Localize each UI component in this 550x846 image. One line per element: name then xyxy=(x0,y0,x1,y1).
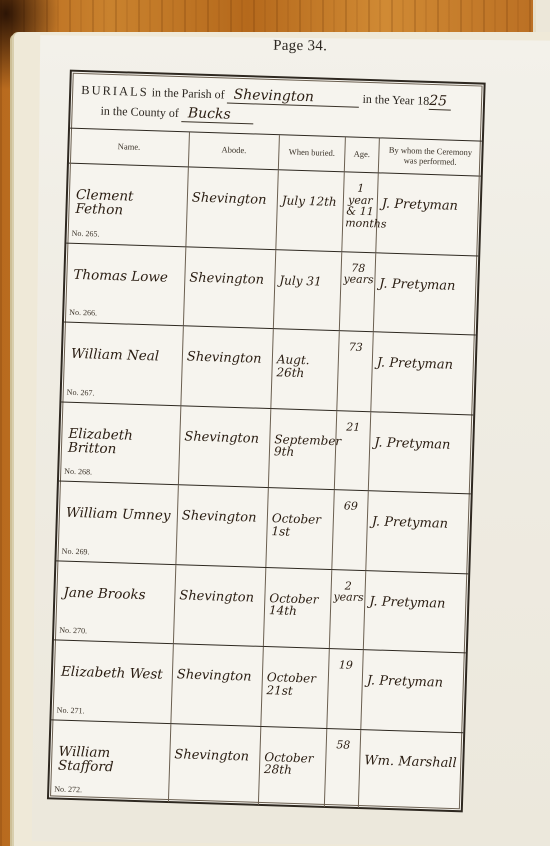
year-value: 25 xyxy=(429,93,452,111)
cell-abode: Shevington xyxy=(186,167,278,248)
cell-when-buried: September 9th xyxy=(269,409,337,490)
parish-value: Shevington xyxy=(227,87,359,108)
cell-when-buried: July 12th xyxy=(276,170,344,251)
cell-name: Thomas LoweNo. 266. xyxy=(64,243,186,325)
cell-age: 58 xyxy=(325,729,361,809)
cell-when-buried: October 21st xyxy=(261,647,329,728)
heading-line-county: in the County of Bucks xyxy=(100,103,254,125)
table-row: Clement FethonNo. 265. Shevington July 1… xyxy=(66,164,480,256)
col-header-abode: Abode. xyxy=(189,132,280,169)
cell-age: 1 year & 11 months xyxy=(342,172,378,252)
heading-burials: BURIALS xyxy=(81,83,149,99)
burial-register-table: BURIALS in the Parish of Shevington in t… xyxy=(47,70,486,813)
entry-number: No. 265. xyxy=(72,228,100,238)
col-header-name: Name. xyxy=(69,129,190,167)
col-header-when-buried: When buried. xyxy=(279,135,346,171)
heading-county-label: in the County of xyxy=(100,104,179,120)
entry-number: No. 271. xyxy=(57,705,85,715)
cell-when-buried: July 31 xyxy=(274,250,342,331)
table-row: Elizabeth BrittonNo. 268. Shevington Sep… xyxy=(59,402,473,494)
cell-when-buried: October 14th xyxy=(264,568,332,649)
cell-abode: Shevington xyxy=(169,724,261,805)
cell-when-buried: Augt. 26th xyxy=(271,329,339,410)
entry-number: No. 269. xyxy=(62,546,90,556)
entry-number: No. 266. xyxy=(69,308,97,318)
cell-officiant: J. Pretyman xyxy=(371,332,475,414)
cell-name: Elizabeth WestNo. 271. xyxy=(51,640,173,722)
table-row: William StaffordNo. 272. Shevington Octo… xyxy=(49,720,463,811)
entry-number: No. 272. xyxy=(54,784,82,794)
cell-officiant: J. Pretyman xyxy=(366,491,470,573)
register-page: Page 34. BURIALS in the Parish of Shevin… xyxy=(32,35,550,846)
cell-name: William NealNo. 267. xyxy=(61,323,183,405)
page-number: Page 34. xyxy=(40,35,550,57)
cell-abode: Shevington xyxy=(181,326,273,407)
table-row: Jane BrooksNo. 270. Shevington October 1… xyxy=(54,561,468,653)
cell-when-buried: October 1st xyxy=(266,488,334,569)
cell-officiant: Wm. Marshall xyxy=(359,730,463,812)
cell-abode: Shevington xyxy=(176,485,268,566)
entry-number: No. 267. xyxy=(67,387,95,397)
county-value: Bucks xyxy=(182,105,254,124)
cell-age: 2 years xyxy=(330,570,366,650)
cell-age: 73 xyxy=(337,331,373,411)
cell-name: Elizabeth BrittonNo. 268. xyxy=(59,402,181,484)
cell-name: William StaffordNo. 272. xyxy=(49,720,171,802)
cell-officiant: J. Pretyman xyxy=(376,173,480,255)
cell-abode: Shevington xyxy=(174,565,266,646)
cell-officiant: J. Pretyman xyxy=(361,650,465,732)
cell-name: Jane BrooksNo. 270. xyxy=(54,561,176,643)
cell-officiant: J. Pretyman xyxy=(364,571,468,653)
cell-age: 19 xyxy=(327,649,363,729)
cell-officiant: J. Pretyman xyxy=(369,412,473,494)
page-stack: Page 34. BURIALS in the Parish of Shevin… xyxy=(14,32,550,846)
table-row: William NealNo. 267. Shevington Augt. 26… xyxy=(61,323,475,415)
entry-number: No. 270. xyxy=(59,626,87,636)
cell-age: 69 xyxy=(332,490,368,570)
table-row: Thomas LoweNo. 266. Shevington July 31 7… xyxy=(64,243,478,335)
cell-abode: Shevington xyxy=(184,247,276,328)
col-header-officiant: By whom the Ceremony was performed. xyxy=(379,138,482,175)
table-row: Elizabeth WestNo. 271. Shevington Octobe… xyxy=(51,640,465,732)
cell-name: William UmneyNo. 269. xyxy=(56,481,178,563)
cell-when-buried: October 28th xyxy=(259,726,327,807)
table-row: William UmneyNo. 269. Shevington October… xyxy=(56,481,470,573)
cell-name: Clement FethonNo. 265. xyxy=(66,164,188,246)
cell-age: 78 years xyxy=(340,252,376,332)
col-header-age: Age. xyxy=(345,137,380,172)
heading-year-label: in the Year 18 xyxy=(362,92,429,108)
cell-officiant: J. Pretyman xyxy=(374,253,478,335)
cell-abode: Shevington xyxy=(179,406,271,487)
cell-age: 21 xyxy=(335,411,371,491)
cell-abode: Shevington xyxy=(171,644,263,725)
heading-parish-label: in the Parish of xyxy=(151,85,224,101)
entry-number: No. 268. xyxy=(64,467,92,477)
